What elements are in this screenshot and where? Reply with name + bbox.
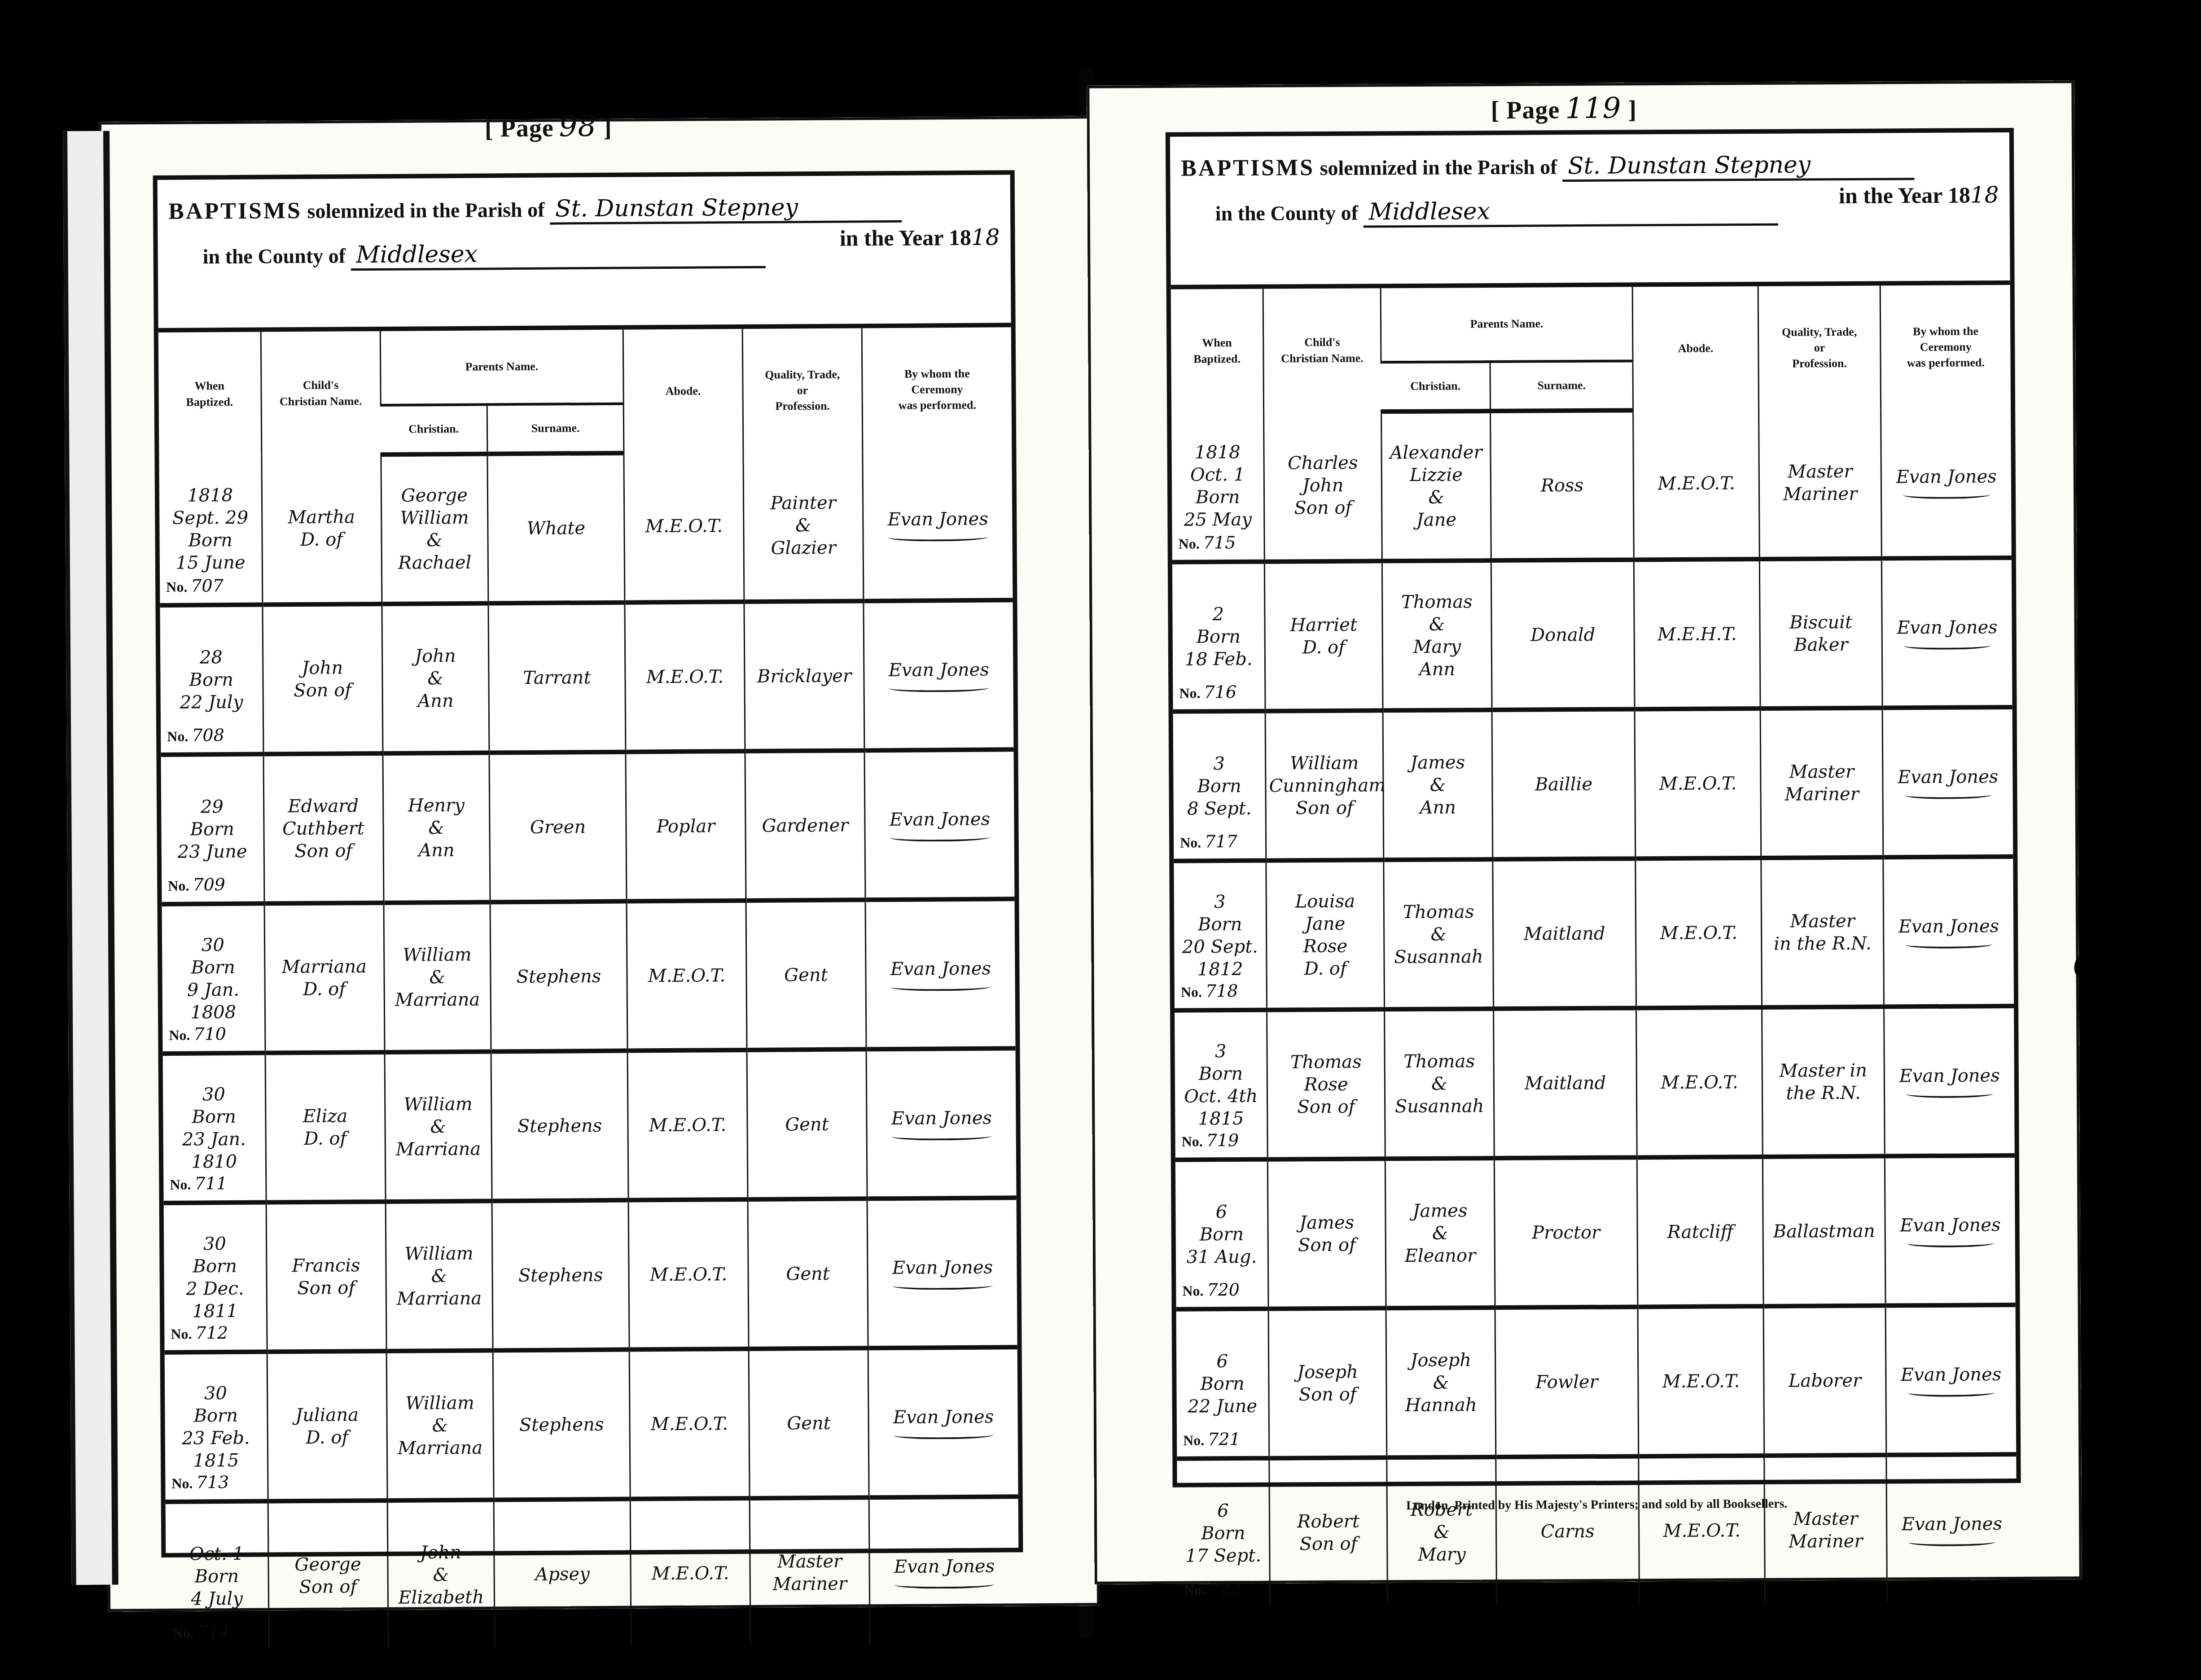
minister-signature: Evan Jones [1900, 1215, 2000, 1236]
cell-parents-christian: Joseph & Hannah [1386, 1308, 1496, 1457]
minister-signature: Evan Jones [1901, 1364, 2001, 1385]
minister-signature: Evan Jones [1899, 1065, 1999, 1086]
county-field: Middlesex [351, 239, 765, 271]
cell-when-baptized: 29 Born 23 JuneNo. 709 [161, 754, 264, 904]
register-title: BAPTISMS solemnized in the Parish of St.… [168, 193, 902, 227]
cell-parents-surname: Donald [1491, 560, 1635, 710]
minister-signature: Evan Jones [1896, 466, 1996, 487]
cell-abode: M.E.O.T. [625, 602, 745, 752]
page-number-value: 119 [1565, 92, 1622, 126]
table-row: 30 Born 9 Jan. 1808No. 710Marriana D. of… [162, 899, 1016, 1054]
entry-number-value: 715 [1203, 533, 1236, 552]
col-abode: Abode. [1632, 286, 1759, 410]
page-stack-edge [63, 131, 118, 1585]
entry-number: No. 722 [1184, 1578, 1241, 1600]
year-field: 18 [1970, 182, 1999, 208]
cell-by-whom: Evan Jones [865, 899, 1016, 1049]
page-label: [ Page [1491, 96, 1560, 124]
signature-flourish [889, 683, 989, 692]
cell-parents-surname: Stephens [490, 901, 627, 1052]
cell-when-baptized: 30 Born 2 Dec. 1811No. 712 [164, 1203, 267, 1352]
cell-abode: Ratcliff [1637, 1157, 1763, 1307]
cell-parents-christian: William & Marriana [386, 1350, 494, 1500]
cell-abode: M.E.O.T. [628, 1199, 749, 1350]
cell-when-baptized: 1818 Sept. 29 Born 15 JuneNo. 707 [159, 455, 262, 605]
baptism-register-form: BAPTISMS solemnized in the Parish of St.… [153, 170, 1023, 1557]
cell-parents-christian: Thomas & Mary Ann [1382, 560, 1492, 710]
col-abode: Abode. [623, 329, 743, 453]
entry-number: No. 716 [1179, 682, 1236, 703]
baptism-date: 3 Born 20 Sept. 1812 [1182, 892, 1258, 980]
baptism-date: 3 Born Oct. 4th 1815 [1184, 1041, 1258, 1129]
cell-child-name: Eliza D. of [265, 1052, 386, 1203]
entry-number-value: 711 [194, 1173, 227, 1193]
signature-flourish [894, 1580, 995, 1588]
cell-by-whom: Evan Jones [1885, 1305, 2017, 1455]
register-header: BAPTISMS solemnized in the Parish of St.… [1170, 132, 2010, 289]
year-field: 18 [971, 224, 1000, 250]
binding-hole [2074, 955, 2092, 980]
page-number: [ Page119 ] [1491, 92, 1637, 126]
cell-parents-christian: Thomas & Susannah [1385, 1009, 1495, 1159]
entry-number-value: 719 [1206, 1130, 1239, 1150]
cell-by-whom: Evan Jones [1884, 1006, 2015, 1156]
baptism-date: 2 Born 18 Feb. [1184, 604, 1252, 669]
table-row: 3 Born Oct. 4th 1815No. 719Thomas Rose S… [1175, 1006, 2015, 1160]
signature-flourish [1906, 1089, 1993, 1098]
entry-number: No. 720 [1182, 1279, 1240, 1301]
baptism-date: 6 Born 31 Aug. [1187, 1202, 1257, 1267]
table-row: 3 Born 8 Sept.No. 717William Cunningham … [1173, 707, 2013, 861]
baptism-date: 30 Born 23 Jan. 1810 [182, 1084, 246, 1172]
cell-parents-surname: Maitland [1493, 858, 1636, 1009]
cell-child-name: Francis Son of [266, 1202, 386, 1352]
cell-trade: Gardener [745, 750, 865, 901]
signature-flourish [888, 533, 988, 542]
cell-trade: Master in the R.N. [1761, 857, 1884, 1007]
entry-number-value: 717 [1205, 831, 1237, 851]
cell-child-name: Louisa Jane Rose D. of [1266, 860, 1385, 1010]
cell-trade: Master in the R.N. [1762, 1007, 1885, 1157]
page-label: [ Page [485, 114, 554, 143]
cell-parents-christian: George William & Rachael [381, 454, 488, 604]
minister-signature: Evan Jones [892, 1257, 993, 1278]
baptism-entries-table: When Baptized. Child's Christian Name. P… [158, 327, 1019, 1649]
baptism-entries-table: When Baptized. Child's Christian Name. P… [1171, 285, 2017, 1606]
minister-signature: Evan Jones [889, 659, 989, 680]
title-rest: solemnized in the Parish of [307, 198, 544, 223]
cell-abode: M.E.O.T. [1635, 858, 1762, 1008]
baptism-date: Oct. 1 Born 4 July [189, 1543, 244, 1609]
cell-child-name: Charles John Son of [1264, 411, 1382, 561]
cell-parents-surname: Stephens [491, 1051, 628, 1201]
minister-signature: Evan Jones [890, 809, 990, 830]
baptism-date: 1818 Oct. 1 Born 25 May [1184, 442, 1252, 530]
title-rest: solemnized in the Parish of [1320, 155, 1557, 179]
right-page: [ Page119 ] BAPTISMS solemnized in the P… [1087, 80, 2082, 1584]
cell-abode: M.E.O.T. [629, 1349, 750, 1499]
cell-child-name: James Son of [1267, 1159, 1386, 1308]
cell-child-name: Thomas Rose Son of [1267, 1009, 1385, 1159]
page-number-value: 98 [559, 110, 596, 144]
baptism-date: 28 Born 22 July [180, 647, 243, 713]
cell-when-baptized: 28 Born 22 JulyNo. 708 [160, 605, 263, 755]
entry-number-value: 707 [191, 576, 224, 595]
entry-number: No. 714 [172, 1621, 230, 1643]
minister-signature: Evan Jones [1897, 617, 1997, 638]
cell-abode: M.E.O.T. [627, 901, 747, 1051]
entry-number-value: 713 [196, 1472, 229, 1492]
cell-abode: M.E.H.T. [1634, 559, 1760, 709]
cell-abode: M.E.O.T. [1633, 410, 1760, 560]
cell-by-whom: Evan Jones [1883, 857, 2014, 1007]
parish-field: St. Dunstan Stepney [1562, 151, 1914, 182]
entry-number-value: 720 [1207, 1280, 1240, 1299]
entry-number: No. 713 [171, 1472, 229, 1493]
cell-child-name: Robert Son of [1269, 1457, 1388, 1605]
cell-abode: M.E.O.T. [624, 452, 744, 603]
cell-parents-surname: Stephens [492, 1200, 629, 1351]
table-row: 29 Born 23 JuneNo. 709Edward Cuthbert So… [161, 749, 1014, 904]
col-parents-christian: Christian. [381, 405, 487, 455]
signature-flourish [892, 1132, 992, 1140]
table-row: 28 Born 22 JulyNo. 708John Son ofJohn & … [160, 600, 1013, 755]
entry-number-value: 718 [1206, 981, 1238, 1001]
cell-parents-surname: Maitland [1494, 1008, 1637, 1158]
cell-trade: Gent [747, 1049, 867, 1199]
title-caps: BAPTISMS [1181, 155, 1315, 181]
entry-number: No. 708 [167, 725, 224, 746]
cell-when-baptized: 2 Born 18 Feb.No. 716 [1172, 562, 1265, 712]
table-row: Oct. 1 Born 4 JulyNo. 714George Son ofJo… [166, 1496, 1019, 1649]
year-line: in the Year 1818 [1839, 182, 1999, 209]
cell-abode: M.E.O.T. [630, 1498, 750, 1646]
cell-trade: Biscuit Baker [1760, 559, 1882, 709]
cell-by-whom: Evan Jones [864, 749, 1015, 900]
cell-trade: Gent [748, 1199, 868, 1349]
cell-abode: M.E.O.T. [1635, 709, 1761, 858]
cell-by-whom: Evan Jones [1885, 1155, 2016, 1306]
entry-number: No. 712 [171, 1322, 228, 1344]
cell-abode: M.E.O.T. [1639, 1456, 1765, 1603]
baptism-date: 30 Born 23 Feb. 1815 [182, 1383, 250, 1471]
entry-number: No. 710 [169, 1024, 226, 1045]
minister-signature: Evan Jones [1898, 916, 1999, 937]
minister-signature: Evan Jones [891, 1107, 992, 1129]
entry-number: No. 719 [1181, 1130, 1239, 1151]
signature-flourish [1908, 1388, 1995, 1397]
cell-trade: Master Mariner [1761, 708, 1883, 858]
minister-signature: Evan Jones [893, 1406, 994, 1427]
col-by-whom: By whom the Ceremony was performed. [862, 327, 1012, 451]
entry-number-value: 708 [192, 725, 224, 745]
cell-by-whom: Evan Jones [1882, 707, 2013, 857]
cell-when-baptized: 1818 Oct. 1 Born 25 MayNo. 715 [1171, 412, 1264, 562]
signature-flourish [890, 833, 990, 841]
title-caps: BAPTISMS [168, 198, 302, 224]
entry-number: No. 717 [1180, 831, 1237, 853]
signature-flourish [893, 1281, 993, 1290]
cell-by-whom: Evan Jones [867, 1198, 1017, 1348]
entry-number: No. 715 [1178, 532, 1236, 554]
entry-number-value: 721 [1208, 1429, 1241, 1449]
cell-when-baptized: 3 Born 20 Sept. 1812No. 718 [1174, 861, 1267, 1011]
col-parents-christian: Christian. [1381, 362, 1491, 411]
year-label: in the Year 18 [840, 225, 971, 251]
left-page: [ Page98 ] BAPTISMS solemnized in the Pa… [99, 116, 1100, 1611]
cell-child-name: Edward Cuthbert Son of [263, 753, 383, 904]
cell-trade: Bricklayer [744, 601, 864, 751]
year-label: in the Year 18 [1839, 182, 1970, 208]
cell-by-whom: Evan Jones [868, 1347, 1018, 1497]
cell-parents-surname: Ross [1491, 410, 1634, 560]
cell-parents-surname: Baillie [1492, 709, 1635, 859]
cell-when-baptized: 3 Born 8 Sept.No. 717 [1173, 711, 1266, 861]
col-parents-name: Parents Name. [1381, 287, 1633, 362]
cell-trade: Laborer [1764, 1306, 1886, 1456]
signature-flourish [1904, 641, 1991, 650]
cell-by-whom: Evan Jones [869, 1496, 1019, 1645]
county-line: in the County of Middlesex [203, 239, 766, 272]
cell-abode: M.E.O.T. [1636, 1007, 1763, 1157]
entry-number-value: 710 [193, 1024, 226, 1044]
col-parents-surname: Surname. [1490, 361, 1633, 411]
register-title: BAPTISMS solemnized in the Parish of St.… [1181, 151, 1914, 184]
cell-when-baptized: 30 Born 9 Jan. 1808No. 710 [162, 904, 265, 1054]
cell-parents-christian: James & Eleanor [1385, 1158, 1495, 1308]
baptism-date: 30 Born 2 Dec. 1811 [186, 1234, 244, 1321]
cell-parents-christian: Robert & Mary [1387, 1457, 1497, 1605]
year-line: in the Year 1818 [840, 224, 1000, 251]
minister-signature: Evan Jones [890, 958, 991, 979]
col-trade: Quality, Trade, or Profession. [1758, 286, 1881, 410]
baptism-date: 3 Born 8 Sept. [1187, 753, 1252, 819]
table-row: 1818 Oct. 1 Born 25 MayNo. 715Charles Jo… [1171, 408, 2012, 562]
cell-child-name: Marriana D. of [264, 903, 385, 1053]
cell-by-whom: Evan Jones [1881, 408, 2012, 559]
signature-flourish [1908, 1538, 1995, 1546]
cell-parents-christian: James & Ann [1383, 710, 1493, 860]
cell-parents-surname: Stephens [493, 1350, 630, 1500]
cell-when-baptized: 3 Born Oct. 4th 1815No. 719 [1175, 1010, 1267, 1160]
entry-number: No. 709 [168, 874, 225, 896]
cell-child-name: Martha D. of [261, 455, 381, 605]
cell-trade: Master Mariner [1764, 1455, 1887, 1602]
cell-parents-surname: Apsey [494, 1499, 631, 1647]
col-by-whom: By whom the Ceremony was performed. [1880, 285, 2011, 409]
cell-when-baptized: 6 Born 22 JuneNo. 721 [1176, 1309, 1269, 1459]
entry-number-value: 709 [193, 875, 225, 894]
entry-number-value: 712 [195, 1323, 228, 1343]
baptism-register-form: BAPTISMS solemnized in the Parish of St.… [1166, 128, 2021, 1487]
cell-trade: Ballastman [1763, 1156, 1885, 1306]
cell-parents-christian: John & Elizabeth [387, 1500, 495, 1647]
col-parents-surname: Surname. [487, 404, 624, 454]
page-number: [ Page98 ] [485, 110, 612, 144]
entry-number-value: 714 [197, 1622, 230, 1641]
cell-abode: M.E.O.T. [627, 1050, 748, 1200]
cell-parents-christian: William & Marriana [384, 902, 491, 1052]
cell-child-name: William Cunningham Son of [1265, 710, 1384, 860]
col-child-name: Child's Christian Name. [1263, 288, 1381, 412]
signature-flourish [1903, 490, 1990, 499]
cell-parents-surname: Fowler [1495, 1307, 1639, 1457]
cell-child-name: Juliana D. of [267, 1351, 387, 1501]
cell-parents-surname: Tarrant [488, 603, 626, 753]
cell-parents-christian: Thomas & Susannah [1384, 859, 1494, 1009]
entry-number-value: 716 [1204, 682, 1236, 702]
minister-signature: Evan Jones [894, 1556, 995, 1577]
cell-parents-christian: William & Marriana [386, 1201, 493, 1351]
cell-when-baptized: Oct. 1 Born 4 JulyNo. 714 [166, 1501, 269, 1649]
cell-trade: Master Mariner [1759, 409, 1881, 559]
cell-by-whom: Evan Jones [1886, 1454, 2017, 1602]
cell-abode: M.E.O.T. [1638, 1306, 1764, 1456]
parish-field: St. Dunstan Stepney [550, 193, 902, 225]
county-field: Middlesex [1363, 197, 1778, 228]
col-when-baptized: When Baptized. [158, 332, 262, 456]
entry-number: No. 718 [1181, 980, 1238, 1002]
cell-child-name: Joseph Son of [1268, 1308, 1387, 1458]
table-row: 30 Born 2 Dec. 1811No. 712Francis Son of… [164, 1198, 1017, 1352]
county-line: in the County of Middlesex [1215, 197, 1778, 229]
cell-parents-surname: Proctor [1494, 1157, 1638, 1308]
table-row: 6 Born 31 Aug.No. 720James Son ofJames &… [1175, 1155, 2016, 1309]
entry-number: No. 721 [1183, 1429, 1241, 1450]
cell-child-name: George Son of [268, 1501, 388, 1649]
cell-child-name: John Son of [262, 604, 382, 754]
cell-parents-christian: William & Marriana [385, 1051, 492, 1201]
county-label: in the County of [203, 244, 346, 268]
cell-abode: Poplar [626, 751, 746, 901]
signature-flourish [1905, 940, 1992, 949]
table-row: 6 Born 22 JuneNo. 721Joseph Son ofJoseph… [1176, 1305, 2017, 1459]
col-trade: Quality, Trade, or Profession. [742, 328, 863, 452]
table-row: 30 Born 23 Feb. 1815No. 713Juliana D. of… [165, 1347, 1018, 1502]
cell-by-whom: Evan Jones [864, 600, 1014, 750]
cell-when-baptized: 6 Born 31 Aug.No. 720 [1175, 1159, 1268, 1309]
cell-parents-christian: John & Ann [381, 603, 489, 753]
baptism-date: 6 Born 22 June [1188, 1351, 1257, 1417]
cell-parents-christian: Henry & Ann [382, 752, 490, 902]
cell-trade: Gent [749, 1348, 869, 1498]
cell-by-whom: Evan Jones [1881, 558, 2012, 708]
cell-trade: Painter & Glazier [743, 451, 864, 602]
entry-number: No. 707 [166, 575, 224, 597]
cell-parents-christian: Alexander Lizzie & Jane [1381, 411, 1491, 561]
county-label: in the County of [1215, 201, 1358, 225]
baptism-date: 29 Born 23 June [178, 796, 247, 862]
cell-trade: Master Mariner [750, 1497, 870, 1645]
baptism-date: 30 Born 9 Jan. 1808 [187, 935, 240, 1023]
cell-by-whom: Evan Jones [866, 1048, 1017, 1199]
table-row: 2 Born 18 Feb.No. 716Harriet D. ofThomas… [1172, 558, 2012, 712]
baptism-date: 1818 Sept. 29 Born 15 June [172, 485, 248, 573]
minister-signature: Evan Jones [888, 509, 988, 530]
signature-flourish [894, 1431, 994, 1439]
col-when-baptized: When Baptized. [1171, 289, 1264, 413]
entry-number: No. 711 [170, 1173, 227, 1194]
table-row: 6 Born 17 Sept.No. 722Robert Son ofRober… [1177, 1454, 2017, 1606]
signature-flourish [890, 982, 991, 991]
table-row: 1818 Sept. 29 Born 15 JuneNo. 707Martha … [159, 451, 1013, 605]
cell-when-baptized: 30 Born 23 Jan. 1810No. 711 [163, 1053, 266, 1203]
cell-when-baptized: 30 Born 23 Feb. 1815No. 713 [165, 1352, 268, 1502]
cell-parents-surname: Whate [487, 453, 625, 604]
register-header: BAPTISMS solemnized in the Parish of St.… [158, 175, 1011, 332]
minister-signature: Evan Jones [1898, 766, 1998, 787]
cell-parents-surname: Carns [1496, 1456, 1640, 1604]
cell-child-name: Harriet D. of [1265, 561, 1383, 711]
signature-flourish [1907, 1239, 1994, 1247]
table-row: 30 Born 23 Jan. 1810No. 711Eliza D. ofWi… [163, 1048, 1017, 1203]
signature-flourish [1905, 791, 1992, 799]
entry-number-value: 722 [1209, 1579, 1241, 1598]
cell-by-whom: Evan Jones [863, 451, 1013, 601]
cell-when-baptized: 6 Born 17 Sept.No. 722 [1177, 1458, 1270, 1606]
col-child-name: Child's Christian Name. [261, 331, 381, 455]
cell-trade: Gent [746, 900, 866, 1050]
cell-parents-surname: Green [489, 752, 627, 902]
minister-signature: Evan Jones [1902, 1514, 2002, 1535]
table-row: 3 Born 20 Sept. 1812No. 718Louisa Jane R… [1174, 857, 2014, 1011]
col-parents-name: Parents Name. [380, 330, 623, 405]
